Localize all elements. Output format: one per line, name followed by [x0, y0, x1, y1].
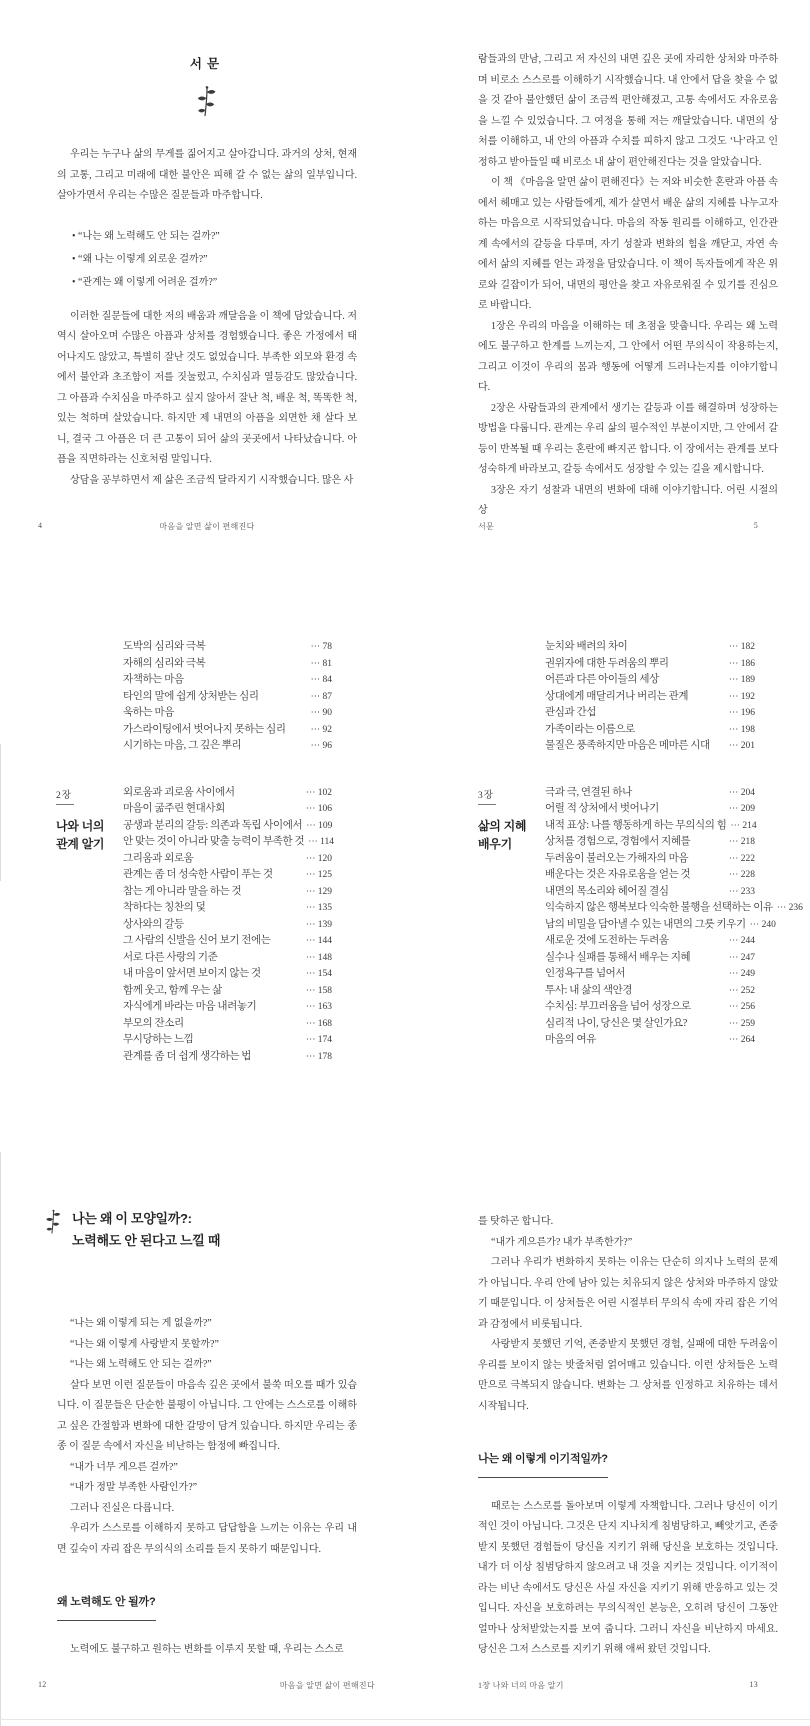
toc-entry: 착하다는 칭찬의 덫⋯ 135 [123, 900, 332, 917]
chapter-body: “나는 왜 이렇게 되는 게 없을까?”“나는 왜 이렇게 사랑받지 못할까?”… [57, 1314, 357, 1660]
toc-entry-page: ⋯ 90 [311, 705, 332, 722]
toc-entry: 상대에게 매달리거나 버리는 관계⋯ 192 [545, 689, 755, 706]
toc-entry-title: 시기하는 마음, 그 깊은 뿌리 [123, 738, 241, 755]
toc-entry-title: 가스라이팅에서 벗어나지 못하는 심리 [123, 722, 286, 739]
toc-entry-page: ⋯ 204 [729, 785, 755, 802]
page-4: 서문 우리는 누구나 삶의 무게를 짊어지고 살아갑니다. 과거의 상처, 현재… [0, 0, 405, 545]
page-13: 를 탓하곤 합니다. “내가 게으른가? 내가 부족한가?” 그러나 우리가 변… [405, 1090, 810, 1726]
paragraph: 상담을 공부하면서 제 삶은 조금씩 달라지기 시작했습니다. 많은 사 [57, 471, 357, 492]
toc-entry: 자식에게 바라는 마음 내려놓기⋯ 163 [123, 999, 332, 1016]
toc-entry-title: 마음의 여유 [545, 1032, 596, 1049]
toc-entry-page: ⋯ 249 [729, 966, 755, 983]
paragraph: 때로는 스스로를 돌아보며 이렇게 자책합니다. 그러나 당신이 이기적인 것이… [478, 1497, 778, 1661]
toc-entry-page: ⋯ 222 [729, 851, 755, 868]
toc-entry-title: 실수나 실패를 통해서 배우는 지혜 [545, 950, 690, 967]
toc-entry: 욱하는 마음⋯ 90 [123, 705, 332, 722]
toc-entry-page: ⋯ 81 [311, 656, 332, 673]
spread-toc: 도박의 심리와 극복⋯ 78자해의 심리와 극복⋯ 81자책하는 마음⋯ 84타… [0, 545, 810, 1090]
paragraph: 2장은 사람들과의 관계에서 생기는 갈등과 이를 해결하며 성장하는 방법을 … [478, 399, 778, 481]
page-number: 13 [749, 1680, 758, 1689]
toc-entry: 새로운 것에 도전하는 두려움⋯ 244 [545, 933, 755, 950]
toc-entry-page: ⋯ 178 [306, 1049, 332, 1066]
toc-entry-title: 가족이라는 이름으로 [545, 722, 635, 739]
toc-entry-title: 관계는 좀 더 성숙한 사람이 푸는 것 [123, 867, 273, 884]
page-5: 람들과의 만남, 그리고 저 자신의 내면 깊은 곳에 자리한 상처와 마주하며… [405, 0, 810, 545]
paragraph: 이 책 《마음을 알면 삶이 편해진다》는 저와 비슷한 혼란과 아픔 속에서 … [478, 173, 778, 317]
page-footer: 1장 나와 너의 마음 알기 13 [405, 1680, 810, 1694]
toc-entry: 함께 웃고, 함께 우는 삶⋯ 158 [123, 983, 332, 1000]
toc-entry-title: 참는 게 아니라 말을 하는 것 [123, 884, 241, 901]
toc-entry: 자책하는 마음⋯ 84 [123, 672, 332, 689]
toc-entry-page: ⋯ 154 [306, 966, 332, 983]
paragraph: 3장은 자기 성찰과 내면의 변화에 대해 이야기합니다. 어린 시절의 상 [478, 481, 778, 522]
paragraph: 살다 보면 이런 질문들이 마음속 깊은 곳에서 불쑥 떠오를 때가 있습니다.… [57, 1376, 357, 1458]
paragraph: 우리가 스스로를 이해하지 못하고 답답함을 느끼는 이유는 우리 내면 깊숙이… [57, 1519, 357, 1560]
toc-entry-page: ⋯ 247 [729, 950, 755, 967]
toc-list: 극과 극, 연결된 하나⋯ 204어릴 적 상처에서 벗어나기⋯ 209내적 표… [545, 785, 755, 1049]
toc-list: 눈치와 배려의 차이⋯ 182권위자에 대한 두려움의 뿌리⋯ 186어른과 다… [545, 639, 755, 755]
chapter-title-line: 관계 알기 [56, 835, 123, 853]
toc-entry-page: ⋯ 209 [729, 801, 755, 818]
toc-entry: 관계를 좀 더 쉽게 생각하는 법⋯ 178 [123, 1049, 332, 1066]
toc-chapter-label: 3장 삶의 지혜 배우기 [478, 785, 545, 1049]
toc-entry-title: 극과 극, 연결된 하나 [545, 785, 632, 802]
toc-entry-title: 그 사람의 신발을 신어 보기 전에는 [123, 933, 271, 950]
toc-entry-page: ⋯ 144 [306, 933, 332, 950]
quote-line: 그러나 진실은 다릅니다. [57, 1499, 357, 1520]
page-number: 4 [38, 521, 42, 530]
question-bullet: • “왜 나는 이렇게 외로운 걸까?” [60, 248, 357, 271]
toc-entry-title: 자식에게 바라는 마음 내려놓기 [123, 999, 256, 1016]
preface-body-continued: 람들과의 만남, 그리고 저 자신의 내면 깊은 곳에 자리한 상처와 마주하며… [405, 0, 810, 522]
toc-entry: 권위자에 대한 두려움의 뿌리⋯ 186 [545, 656, 755, 673]
toc-entry: 심리적 나이, 당신은 몇 살인가요?⋯ 259 [545, 1016, 755, 1033]
text-line: 를 탓하곤 합니다. [478, 1212, 778, 1233]
chapter-title-line: 삶의 지혜 [478, 817, 545, 835]
section-title-line: 노력해도 안 된다고 느낄 때 [72, 1230, 220, 1252]
toc-entry-page: ⋯ 96 [311, 738, 332, 755]
quote-line: “내가 게으른가? 내가 부족한가?” [478, 1233, 778, 1254]
toc-entry-page: ⋯ 148 [306, 950, 332, 967]
toc-entry: 가족이라는 이름으로⋯ 198 [545, 722, 755, 739]
spread-chapter-opening: 나는 왜 이 모양일까?: 노력해도 안 된다고 느낄 때 “나는 왜 이렇게 … [0, 1090, 810, 1726]
toc-entry-page: ⋯ 109 [306, 818, 332, 835]
chapter-title-line: 배우기 [478, 835, 545, 853]
toc-entry: 극과 극, 연결된 하나⋯ 204 [545, 785, 755, 802]
toc-entry-page: ⋯ 168 [306, 1016, 332, 1033]
toc-entry-title: 부모의 잔소리 [123, 1016, 184, 1033]
toc-entry: 배운다는 것은 자유로움을 얻는 것⋯ 228 [545, 867, 755, 884]
preface-heading: 서문 [57, 54, 357, 72]
toc-entry-title: 관계를 좀 더 쉽게 생각하는 법 [123, 1049, 251, 1066]
toc-entry-title: 권위자에 대한 두려움의 뿌리 [545, 656, 669, 673]
toc-entry-page: ⋯ 120 [306, 851, 332, 868]
toc-entry-title: 남의 비밀을 담아낼 수 있는 내면의 그릇 키우기 [545, 917, 746, 934]
toc-entry-page: ⋯ 228 [729, 867, 755, 884]
toc-entry-page: ⋯ 236 [777, 900, 803, 917]
toc-entry: 내면의 목소리와 헤어질 결심⋯ 233 [545, 884, 755, 901]
page-edge-line [0, 1152, 1, 1726]
question-bullet: • “관계는 왜 이렇게 어려운 걸까?” [60, 271, 357, 294]
toc-section-ch3: 3장 삶의 지혜 배우기 극과 극, 연결된 하나⋯ 204어릴 적 상처에서 … [478, 785, 755, 1049]
toc-list: 외로움과 괴로움 사이에서⋯ 102마음이 굶주린 현대사회⋯ 106공생과 분… [123, 785, 332, 1066]
toc-entry-title: 두려움이 불러오는 가해자의 마음 [545, 851, 688, 868]
paragraph: 이러한 질문들에 대한 저의 배움과 깨달음을 이 책에 담았습니다. 저 역시… [57, 307, 357, 471]
toc-entry: 익숙하지 않은 행복보다 익숙한 불행을 선택하는 이유⋯ 236 [545, 900, 755, 917]
toc-entry-title: 공생과 분리의 갈등: 의존과 독립 사이에서 [123, 818, 302, 835]
toc-entry-page: ⋯ 198 [729, 722, 755, 739]
page-footer: 12 마음을 알면 삶이 편해진다 [0, 1680, 405, 1694]
toc-entry: 마음이 굶주린 현대사회⋯ 106 [123, 801, 332, 818]
page-footer: 4 마음을 알면 삶이 편해진다 [0, 521, 405, 535]
page-number: 5 [754, 521, 758, 530]
toc-entry: 내적 표상: 나를 행동하게 하는 무의식의 힘⋯ 214 [545, 818, 755, 835]
toc-entry-page: ⋯ 158 [306, 983, 332, 1000]
running-section-label: 서문 [478, 521, 494, 532]
toc-entry: 물질은 풍족하지만 마음은 메마른 시대⋯ 201 [545, 738, 755, 755]
paragraph: 사랑받지 못했던 기억, 존중받지 못했던 경험, 실패에 대한 두려움이 우리… [478, 1335, 778, 1417]
toc-entry: 가스라이팅에서 벗어나지 못하는 심리⋯ 92 [123, 722, 332, 739]
toc-entry: 어른과 다른 아이들의 세상⋯ 189 [545, 672, 755, 689]
toc-entry-title: 착하다는 칭찬의 덫 [123, 900, 205, 917]
chapter-title-line: 나와 너의 [56, 817, 123, 835]
toc-entry-title: 수치심: 부끄러움을 넘어 성장으로 [545, 999, 691, 1016]
toc-entry-page: ⋯ 92 [311, 722, 332, 739]
toc-entry: 부모의 잔소리⋯ 168 [123, 1016, 332, 1033]
toc-entry-page: ⋯ 233 [729, 884, 755, 901]
page-boundary-line [0, 1719, 810, 1720]
toc-entry-page: ⋯ 135 [306, 900, 332, 917]
toc-entry: 외로움과 괴로움 사이에서⋯ 102 [123, 785, 332, 802]
toc-entry-page: ⋯ 201 [729, 738, 755, 755]
toc-entry: 관계는 좀 더 성숙한 사람이 푸는 것⋯ 125 [123, 867, 332, 884]
toc-entry: 참는 게 아니라 말을 하는 것⋯ 129 [123, 884, 332, 901]
toc-section-ch2-tail: 눈치와 배려의 차이⋯ 182권위자에 대한 두려움의 뿌리⋯ 186어른과 다… [478, 639, 755, 755]
toc-entry-page: ⋯ 182 [729, 639, 755, 656]
preface-body: 우리는 누구나 삶의 무게를 짊어지고 살아갑니다. 과거의 상처, 현재의 고… [57, 145, 357, 491]
page-12: 나는 왜 이 모양일까?: 노력해도 안 된다고 느낄 때 “나는 왜 이렇게 … [0, 1090, 405, 1726]
toc-entry-page: ⋯ 186 [729, 656, 755, 673]
toc-entry-page: ⋯ 87 [311, 689, 332, 706]
chapter-body-continued: 를 탓하곤 합니다. “내가 게으른가? 내가 부족한가?” 그러나 우리가 변… [405, 1090, 810, 1661]
toc-entry: 그 사람의 신발을 신어 보기 전에는⋯ 144 [123, 933, 332, 950]
toc-entry-title: 자해의 심리와 극복 [123, 656, 205, 673]
toc-entry-page: ⋯ 189 [729, 672, 755, 689]
paragraph: 그러나 우리가 변화하지 못하는 이유는 단순히 의지나 노력의 문제가 아닙니… [478, 1253, 778, 1335]
toc-entry-page: ⋯ 240 [750, 917, 776, 934]
toc-entry: 두려움이 불러오는 가해자의 마음⋯ 222 [545, 851, 755, 868]
quote-lines: “내가 너무 게으른 걸까?”“내가 정말 부족한 사람인가?”그러나 진실은 … [57, 1458, 357, 1520]
toc-entry-title: 상대에게 매달리거나 버리는 관계 [545, 689, 688, 706]
question-list: • “나는 왜 노력해도 안 되는 걸까?”• “왜 나는 이렇게 외로운 걸까… [60, 225, 357, 294]
toc-entry: 무시당하는 느낌⋯ 174 [123, 1032, 332, 1049]
toc-entry-page: ⋯ 125 [306, 867, 332, 884]
page-footer: 서문 5 [405, 521, 810, 535]
section-subheading-text: 왜 노력해도 안 될까? [57, 1592, 156, 1621]
toc-entry: 마음의 여유⋯ 264 [545, 1032, 755, 1049]
chapter-title: 나와 너의 관계 알기 [56, 817, 123, 853]
toc-entry-title: 상사와의 갈등 [123, 917, 184, 934]
toc-entry-page: ⋯ 106 [306, 801, 332, 818]
quote-line: “나는 왜 이렇게 되는 게 없을까?” [57, 1314, 357, 1335]
toc-entry-page: ⋯ 218 [729, 834, 755, 851]
toc-entry-title: 도박의 심리와 극복 [123, 639, 205, 656]
section-subheading: 나는 왜 이렇게 이기적일까? [478, 1449, 778, 1478]
toc-entry-title: 함께 웃고, 함께 우는 삶 [123, 983, 222, 1000]
toc-entry: 서로 다른 사랑의 기준⋯ 148 [123, 950, 332, 967]
sprig-icon [195, 85, 219, 117]
toc-entry: 타인의 말에 쉽게 상처받는 심리⋯ 87 [123, 689, 332, 706]
page-number: 12 [38, 1680, 47, 1689]
toc-entry-page: ⋯ 252 [729, 983, 755, 1000]
toc-entry-title: 투사: 내 삶의 색안경 [545, 983, 632, 1000]
toc-entry: 안 맞는 것이 아니라 맞출 능력이 부족한 것⋯ 114 [123, 834, 332, 851]
toc-entry: 남의 비밀을 담아낼 수 있는 내면의 그릇 키우기⋯ 240 [545, 917, 755, 934]
toc-entry-page: ⋯ 139 [306, 917, 332, 934]
quote-line: “나는 왜 이렇게 사랑받지 못할까?” [57, 1335, 357, 1356]
toc-entry-title: 어릴 적 상처에서 벗어나기 [545, 801, 659, 818]
toc-label-spacer [56, 639, 123, 755]
toc-chapter-label: 2장 나와 너의 관계 알기 [56, 785, 123, 1066]
toc-entry-title: 내면의 목소리와 헤어질 결심 [545, 884, 669, 901]
quote-lines: “나는 왜 이렇게 되는 게 없을까?”“나는 왜 이렇게 사랑받지 못할까?”… [57, 1314, 357, 1376]
toc-entry: 어릴 적 상처에서 벗어나기⋯ 209 [545, 801, 755, 818]
toc-entry-page: ⋯ 196 [729, 705, 755, 722]
running-section-label: 1장 나와 너의 마음 알기 [478, 1680, 564, 1691]
toc-entry-title: 심리적 나이, 당신은 몇 살인가요? [545, 1016, 687, 1033]
toc-entry-page: ⋯ 84 [311, 672, 332, 689]
toc-list: 도박의 심리와 극복⋯ 78자해의 심리와 극복⋯ 81자책하는 마음⋯ 84타… [123, 639, 332, 755]
toc-entry-title: 타인의 말에 쉽게 상처받는 심리 [123, 689, 259, 706]
chapter-heading-block: 나는 왜 이 모양일까?: 노력해도 안 된다고 느낄 때 [44, 1208, 405, 1252]
paragraph: 람들과의 만남, 그리고 저 자신의 내면 깊은 곳에 자리한 상처와 마주하며… [478, 50, 778, 173]
toc-entry-page: ⋯ 264 [729, 1032, 755, 1049]
toc-label-spacer [478, 639, 545, 755]
quote-line: “나는 왜 노력해도 안 되는 걸까?” [57, 1355, 357, 1376]
toc-entry: 도박의 심리와 극복⋯ 78 [123, 639, 332, 656]
toc-section-ch1-tail: 도박의 심리와 극복⋯ 78자해의 심리와 극복⋯ 81자책하는 마음⋯ 84타… [56, 639, 332, 755]
toc-entry: 내 마음이 앞서면 보이지 않는 것⋯ 154 [123, 966, 332, 983]
toc-entry-title: 내 마음이 앞서면 보이지 않는 것 [123, 966, 261, 983]
toc-entry-page: ⋯ 256 [729, 999, 755, 1016]
toc-entry-title: 배운다는 것은 자유로움을 얻는 것 [545, 867, 690, 884]
chapter-title: 삶의 지혜 배우기 [478, 817, 545, 853]
toc-entry-title: 물질은 풍족하지만 마음은 메마른 시대 [545, 738, 710, 755]
toc-entry: 상사와의 갈등⋯ 139 [123, 917, 332, 934]
toc-entry-title: 관심과 간섭 [545, 705, 596, 722]
toc-entry: 눈치와 배려의 차이⋯ 182 [545, 639, 755, 656]
toc-entry-title: 눈치와 배려의 차이 [545, 639, 627, 656]
toc-entry-page: ⋯ 114 [308, 834, 334, 851]
running-title: 마음을 알면 삶이 편해진다 [280, 1680, 375, 1691]
toc-entry-title: 자책하는 마음 [123, 672, 184, 689]
toc-entry-page: ⋯ 174 [306, 1032, 332, 1049]
toc-entry: 상처를 경험으로, 경험에서 지혜를⋯ 218 [545, 834, 755, 851]
section-title: 나는 왜 이 모양일까?: 노력해도 안 된다고 느낄 때 [72, 1208, 220, 1252]
toc-entry-title: 상처를 경험으로, 경험에서 지혜를 [545, 834, 690, 851]
toc-page-left: 도박의 심리와 극복⋯ 78자해의 심리와 극복⋯ 81자책하는 마음⋯ 84타… [0, 545, 405, 1090]
toc-entry: 수치심: 부끄러움을 넘어 성장으로⋯ 256 [545, 999, 755, 1016]
toc-entry-title: 외로움과 괴로움 사이에서 [123, 785, 235, 802]
toc-page-right: 눈치와 배려의 차이⋯ 182권위자에 대한 두려움의 뿌리⋯ 186어른과 다… [405, 545, 810, 1090]
toc-entry-page: ⋯ 259 [729, 1016, 755, 1033]
toc-entry-page: ⋯ 102 [306, 785, 332, 802]
toc-entry: 인정욕구를 넘어서⋯ 249 [545, 966, 755, 983]
toc-entry-page: ⋯ 214 [731, 818, 757, 835]
toc-entry-title: 마음이 굶주린 현대사회 [123, 801, 225, 818]
toc-entry: 자해의 심리와 극복⋯ 81 [123, 656, 332, 673]
toc-entry-title: 그리움과 외로움 [123, 851, 193, 868]
sprig-icon [44, 1208, 63, 1235]
toc-entry: 시기하는 마음, 그 깊은 뿌리⋯ 96 [123, 738, 332, 755]
toc-entry-title: 내적 표상: 나를 행동하게 하는 무의식의 힘 [545, 818, 727, 835]
toc-entry-page: ⋯ 129 [306, 884, 332, 901]
toc-entry-title: 무시당하는 느낌 [123, 1032, 193, 1049]
chapter-number: 2장 [56, 787, 74, 805]
toc-entry: 실수나 실패를 통해서 배우는 지혜⋯ 247 [545, 950, 755, 967]
toc-entry-page: ⋯ 192 [729, 689, 755, 706]
toc-entry-title: 익숙하지 않은 행복보다 익숙한 불행을 선택하는 이유 [545, 900, 773, 917]
chapter-number: 3장 [478, 787, 496, 805]
toc-entry: 공생과 분리의 갈등: 의존과 독립 사이에서⋯ 109 [123, 818, 332, 835]
toc-entry: 그리움과 외로움⋯ 120 [123, 851, 332, 868]
toc-entry-page: ⋯ 244 [729, 933, 755, 950]
section-subheading-text: 나는 왜 이렇게 이기적일까? [478, 1449, 608, 1478]
spread-preface: 서문 우리는 누구나 삶의 무게를 짊어지고 살아갑니다. 과거의 상처, 현재… [0, 0, 810, 545]
question-bullet: • “나는 왜 노력해도 안 되는 걸까?” [60, 225, 357, 248]
page-edge-line [0, 744, 1, 881]
toc-section-ch2: 2장 나와 너의 관계 알기 외로움과 괴로움 사이에서⋯ 102마음이 굶주린… [56, 785, 332, 1066]
toc-entry-title: 욱하는 마음 [123, 705, 174, 722]
paragraph: 1장은 우리의 마음을 이해하는 데 초점을 맞춥니다. 우리는 왜 노력에도 … [478, 317, 778, 399]
toc-entry-page: ⋯ 78 [311, 639, 332, 656]
paragraph: 노력에도 불구하고 원하는 변화를 이루지 못할 때, 우리는 스스로 [57, 1640, 357, 1661]
book-preview-pages: 서문 우리는 누구나 삶의 무게를 짊어지고 살아갑니다. 과거의 상처, 현재… [0, 0, 810, 1726]
toc-entry-title: 서로 다른 사랑의 기준 [123, 950, 217, 967]
paragraph: 우리는 누구나 삶의 무게를 짊어지고 살아갑니다. 과거의 상처, 현재의 고… [57, 145, 357, 207]
toc-entry-title: 안 맞는 것이 아니라 맞출 능력이 부족한 것 [123, 834, 304, 851]
toc-entry: 관심과 간섭⋯ 196 [545, 705, 755, 722]
toc-entry-title: 새로운 것에 도전하는 두려움 [545, 933, 669, 950]
toc-entry: 투사: 내 삶의 색안경⋯ 252 [545, 983, 755, 1000]
section-subheading: 왜 노력해도 안 될까? [57, 1592, 357, 1621]
running-title: 마음을 알면 삶이 편해진다 [57, 521, 357, 532]
toc-entry-title: 어른과 다른 아이들의 세상 [545, 672, 659, 689]
section-title-line: 나는 왜 이 모양일까?: [72, 1208, 220, 1230]
toc-entry-page: ⋯ 163 [306, 999, 332, 1016]
quote-line: “내가 정말 부족한 사람인가?” [57, 1478, 357, 1499]
quote-line: “내가 너무 게으른 걸까?” [57, 1458, 357, 1479]
toc-entry-title: 인정욕구를 넘어서 [545, 966, 625, 983]
